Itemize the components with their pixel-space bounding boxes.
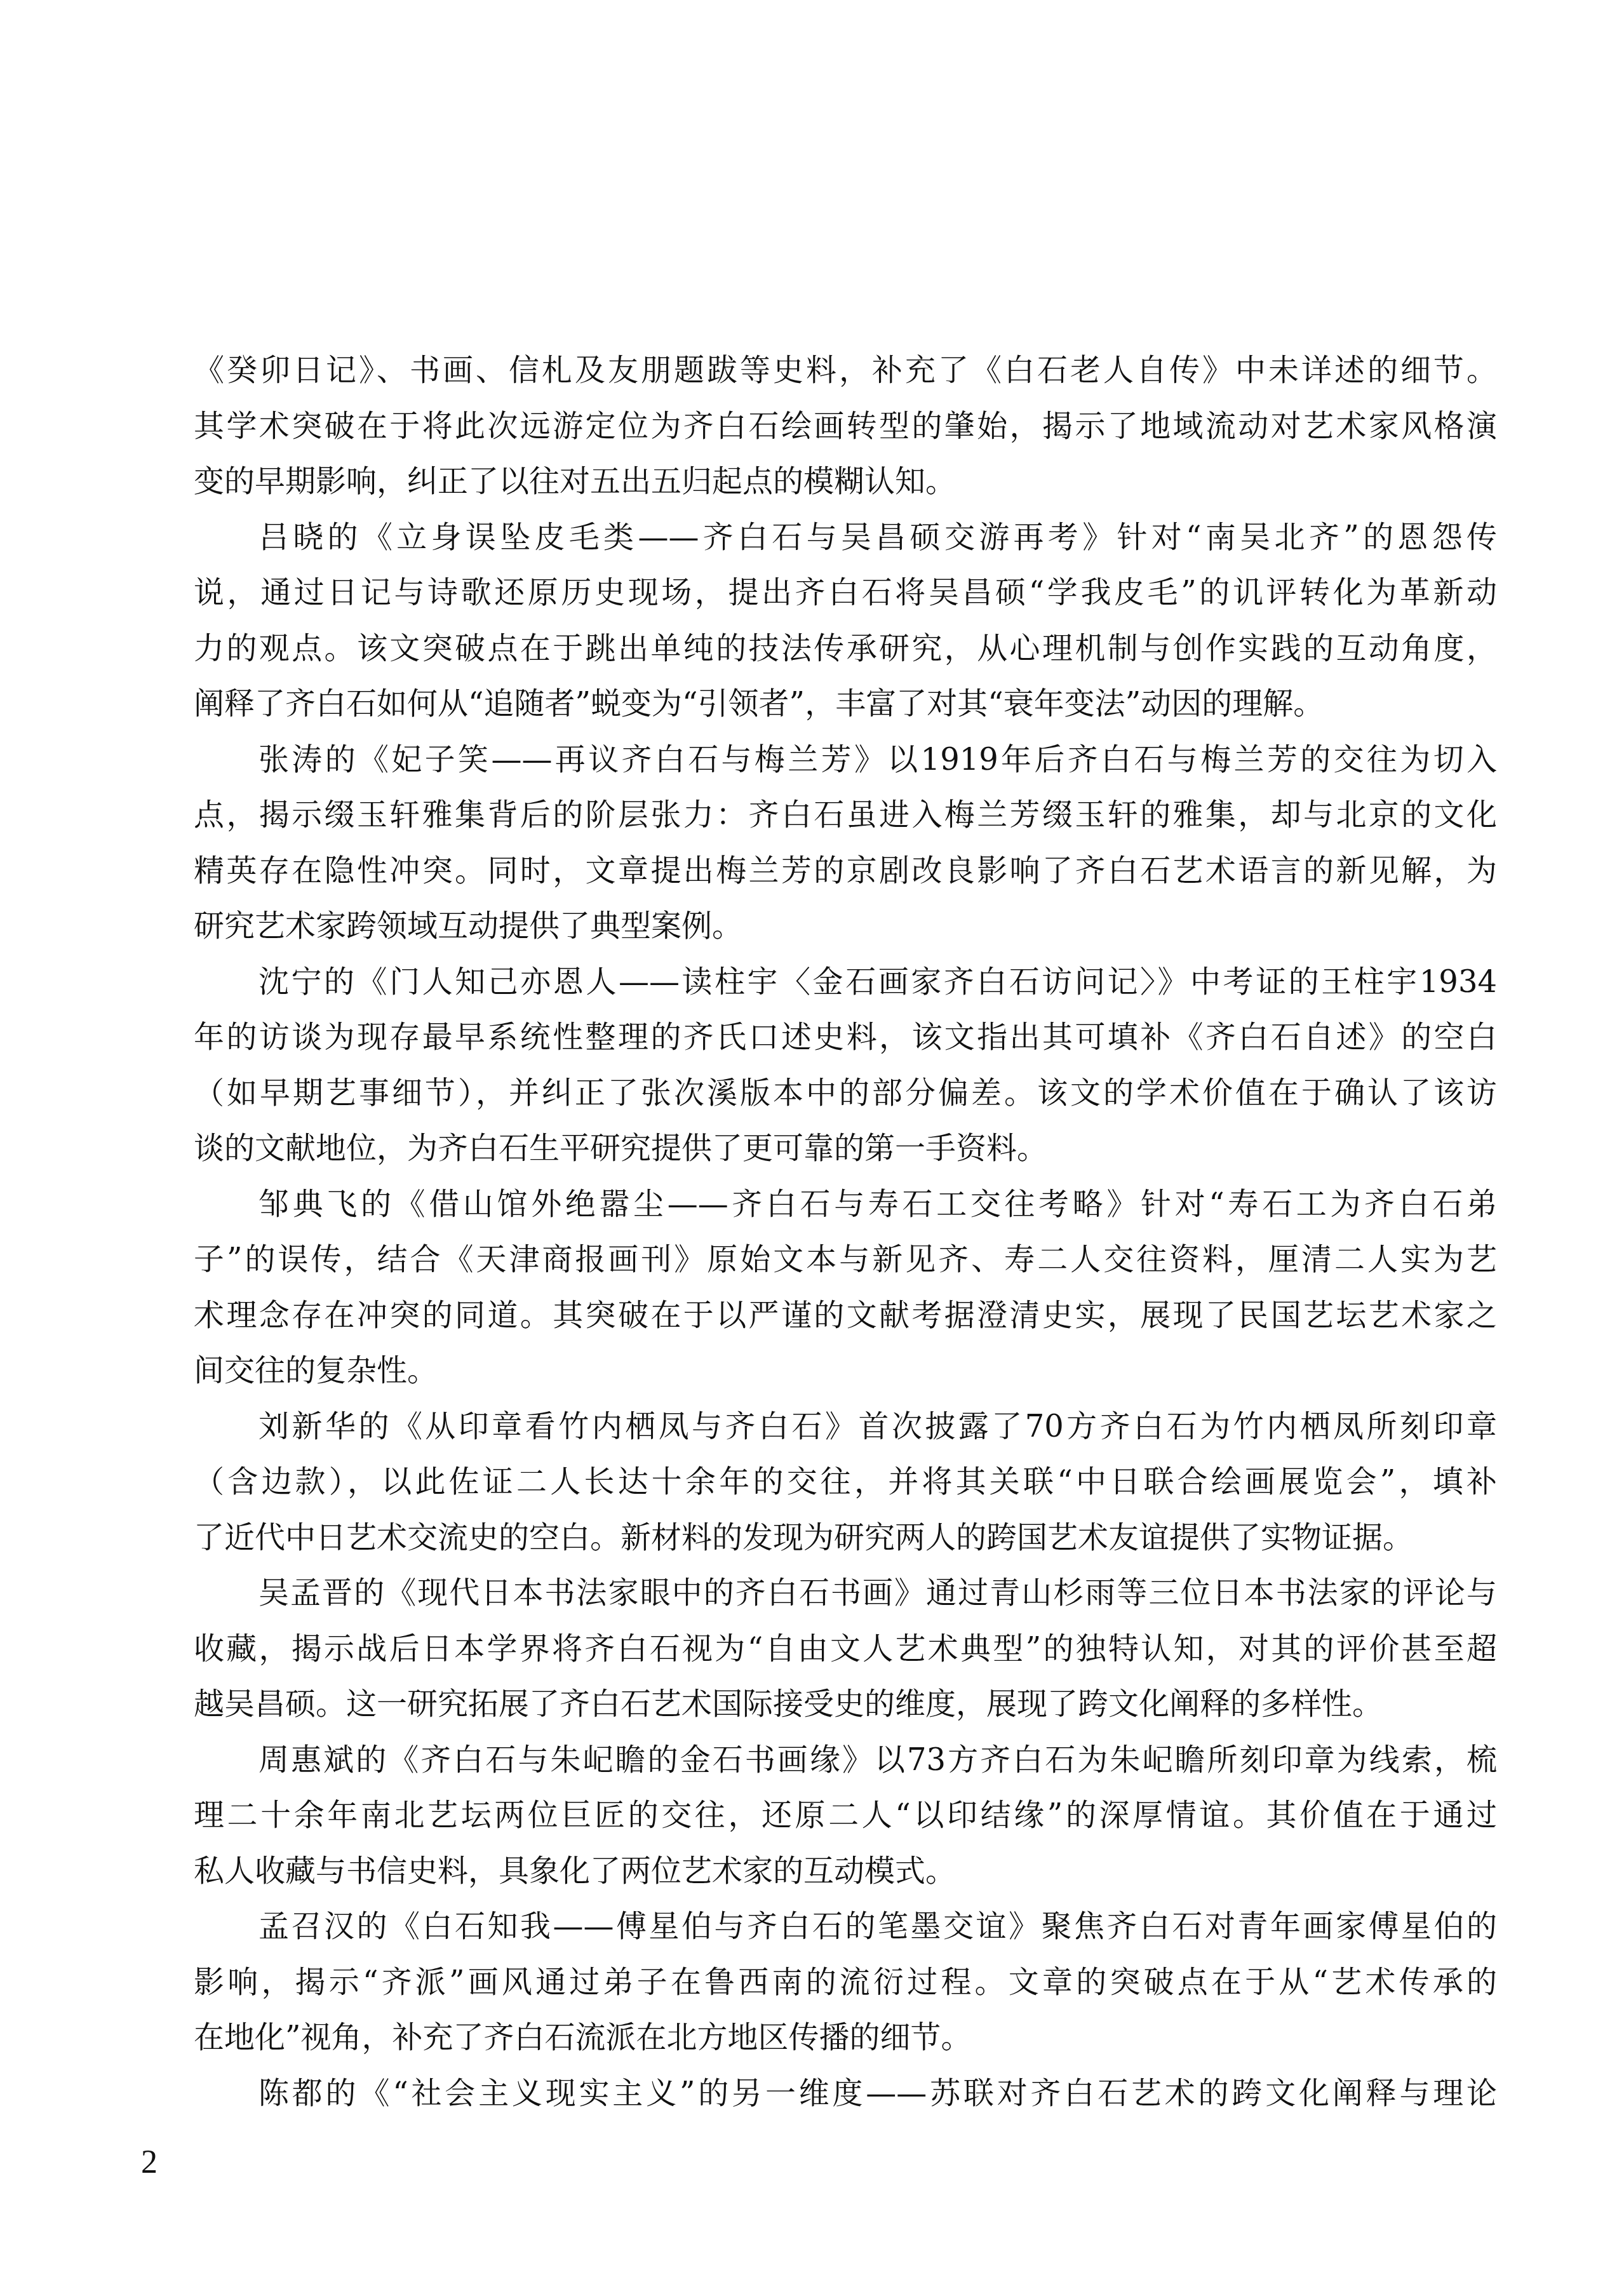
document-page: 《癸卯日记》、书画、信札及友朋题跋等史料，补充了《白石老人自传》中未详述的细节。… bbox=[0, 0, 1624, 2282]
text-line: 吴孟晋的《现代日本书法家眼中的齐白石书画》通过青山杉雨等三位日本书法家的评论与 bbox=[194, 1566, 1497, 1621]
paragraph: 吕晓的《立身误坠皮毛类——齐白石与吴昌硕交游再考》针对“南吴北齐”的恩怨传说，通… bbox=[194, 510, 1497, 732]
text-line: 张涛的《妃子笑——再议齐白石与梅兰芳》以1919年后齐白石与梅兰芳的交往为切入 bbox=[194, 732, 1497, 788]
text-line: 越吴昌硕。这一研究拓展了齐白石艺术国际接受史的维度，展现了跨文化阐释的多样性。 bbox=[194, 1677, 1497, 1733]
text-line: 在地化”视角，补充了齐白石流派在北方地区传播的细节。 bbox=[194, 2010, 1497, 2066]
text-line: 间交往的复杂性。 bbox=[194, 1343, 1497, 1399]
paragraph: 邹典飞的《借山馆外绝嚣尘——齐白石与寿石工交往考略》针对“寿石工为齐白石弟子”的… bbox=[194, 1177, 1497, 1399]
text-line: 研究艺术家跨领域互动提供了典型案例。 bbox=[194, 899, 1497, 955]
text-line: 影响，揭示“齐派”画风通过弟子在鲁西南的流衍过程。文章的突破点在于从“艺术传承的 bbox=[194, 1955, 1497, 2011]
text-line: 孟召汉的《白石知我——傅星伯与齐白石的笔墨交谊》聚焦齐白石对青年画家傅星伯的 bbox=[194, 1899, 1497, 1955]
text-line: （含边款），以此佐证二人长达十余年的交往，并将其关联“中日联合绘画展览会”，填补 bbox=[194, 1454, 1497, 1510]
text-line: 私人收藏与书信史料，具象化了两位艺术家的互动模式。 bbox=[194, 1844, 1497, 1900]
text-line: 吕晓的《立身误坠皮毛类——齐白石与吴昌硕交游再考》针对“南吴北齐”的恩怨传 bbox=[194, 510, 1497, 566]
text-line: 《癸卯日记》、书画、信札及友朋题跋等史料，补充了《白石老人自传》中未详述的细节。 bbox=[194, 343, 1497, 399]
paragraph: 张涛的《妃子笑——再议齐白石与梅兰芳》以1919年后齐白石与梅兰芳的交往为切入点… bbox=[194, 732, 1497, 955]
text-line: 收藏，揭示战后日本学界将齐白石视为“自由文人艺术典型”的独特认知，对其的评价甚至… bbox=[194, 1621, 1497, 1677]
text-line: 刘新华的《从印章看竹内栖凤与齐白石》首次披露了70方齐白石为竹内栖凤所刻印章 bbox=[194, 1399, 1497, 1455]
text-line: 其学术突破在于将此次远游定位为齐白石绘画转型的肇始，揭示了地域流动对艺术家风格演 bbox=[194, 399, 1497, 455]
text-line: 了近代中日艺术交流史的空白。新材料的发现为研究两人的跨国艺术友谊提供了实物证据。 bbox=[194, 1510, 1497, 1566]
text-line: 点，揭示缀玉轩雅集背后的阶层张力：齐白石虽进入梅兰芳缀玉轩的雅集，却与北京的文化 bbox=[194, 788, 1497, 843]
paragraph: 周惠斌的《齐白石与朱屺瞻的金石书画缘》以73方齐白石为朱屺瞻所刻印章为线索，梳理… bbox=[194, 1733, 1497, 1900]
text-line: 术理念存在冲突的同道。其突破在于以严谨的文献考据澄清史实，展现了民国艺坛艺术家之 bbox=[194, 1288, 1497, 1344]
paragraph: 沈宁的《门人知己亦恩人——读柱宇〈金石画家齐白石访问记〉》中考证的王柱宇1934… bbox=[194, 955, 1497, 1177]
text-line: 理二十余年南北艺坛两位巨匠的交往，还原二人“以印结缘”的深厚情谊。其价值在于通过 bbox=[194, 1788, 1497, 1844]
body-text: 《癸卯日记》、书画、信札及友朋题跋等史料，补充了《白石老人自传》中未详述的细节。… bbox=[194, 343, 1497, 2121]
paragraph: 孟召汉的《白石知我——傅星伯与齐白石的笔墨交谊》聚焦齐白石对青年画家傅星伯的影响… bbox=[194, 1899, 1497, 2066]
text-line: 力的观点。该文突破点在于跳出单纯的技法传承研究，从心理机制与创作实践的互动角度， bbox=[194, 621, 1497, 677]
paragraph: 《癸卯日记》、书画、信札及友朋题跋等史料，补充了《白石老人自传》中未详述的细节。… bbox=[194, 343, 1497, 510]
text-line: 变的早期影响，纠正了以往对五出五归起点的模糊认知。 bbox=[194, 454, 1497, 510]
text-line: 子”的误传，结合《天津商报画刊》原始文本与新见齐、寿二人交往资料，厘清二人实为艺 bbox=[194, 1232, 1497, 1288]
text-line: 邹典飞的《借山馆外绝嚣尘——齐白石与寿石工交往考略》针对“寿石工为齐白石弟 bbox=[194, 1177, 1497, 1233]
paragraph: 吴孟晋的《现代日本书法家眼中的齐白石书画》通过青山杉雨等三位日本书法家的评论与收… bbox=[194, 1566, 1497, 1733]
text-line: 精英存在隐性冲突。同时，文章提出梅兰芳的京剧改良影响了齐白石艺术语言的新见解，为 bbox=[194, 843, 1497, 899]
text-line: 沈宁的《门人知己亦恩人——读柱宇〈金石画家齐白石访问记〉》中考证的王柱宇1934 bbox=[194, 955, 1497, 1010]
paragraph: 陈都的《“社会主义现实主义”的另一维度——苏联对齐白石艺术的跨文化阐释与理论 bbox=[194, 2066, 1497, 2122]
page-number: 2 bbox=[141, 2144, 158, 2182]
text-line: （如早期艺事细节），并纠正了张次溪版本中的部分偏差。该文的学术价值在于确认了该访 bbox=[194, 1066, 1497, 1122]
text-line: 陈都的《“社会主义现实主义”的另一维度——苏联对齐白石艺术的跨文化阐释与理论 bbox=[194, 2066, 1497, 2122]
text-line: 年的访谈为现存最早系统性整理的齐氏口述史料，该文指出其可填补《齐白石自述》的空白 bbox=[194, 1010, 1497, 1066]
text-line: 说，通过日记与诗歌还原历史现场，提出齐白石将吴昌硕“学我皮毛”的讥评转化为革新动 bbox=[194, 565, 1497, 621]
text-line: 周惠斌的《齐白石与朱屺瞻的金石书画缘》以73方齐白石为朱屺瞻所刻印章为线索，梳 bbox=[194, 1733, 1497, 1789]
text-line: 阐释了齐白石如何从“追随者”蜕变为“引领者”，丰富了对其“衰年变法”动因的理解。 bbox=[194, 676, 1497, 732]
paragraph: 刘新华的《从印章看竹内栖凤与齐白石》首次披露了70方齐白石为竹内栖凤所刻印章（含… bbox=[194, 1399, 1497, 1566]
text-line: 谈的文献地位，为齐白石生平研究提供了更可靠的第一手资料。 bbox=[194, 1121, 1497, 1177]
